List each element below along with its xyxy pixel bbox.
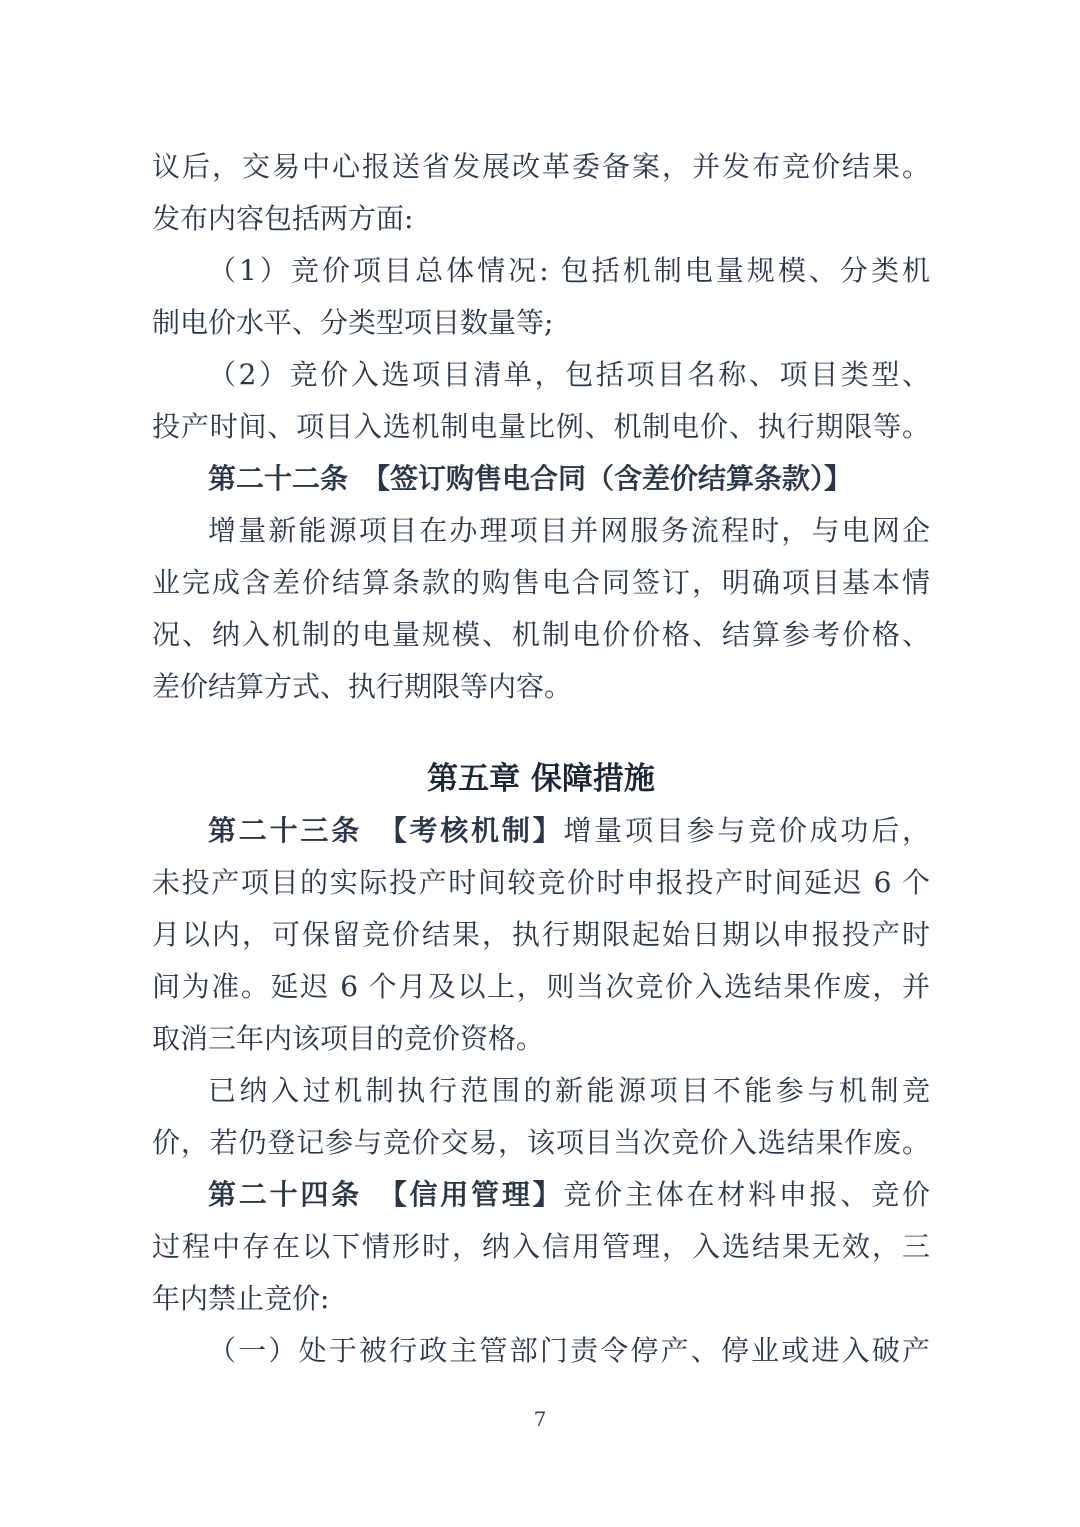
page-number: 7 — [0, 1404, 1080, 1434]
article-24-line: 第二十四条 【信用管理】竞价主体在材料申报、竞价 — [152, 1169, 930, 1221]
paragraph-line: 已纳入过机制执行范围的新能源项目不能参与机制竞 — [152, 1065, 930, 1117]
paragraph-line: 况、纳入机制的电量规模、机制电价价格、结算参考价格、 — [152, 609, 930, 661]
article-22-heading: 第二十二条 【签订购售电合同（含差价结算条款）】 — [152, 453, 930, 505]
list-item-2-line: 投产时间、项目入选机制电量比例、机制电价、执行期限等。 — [152, 401, 930, 453]
paragraph-line: 差价结算方式、执行期限等内容。 — [152, 661, 930, 713]
paragraph-line: 价，若仍登记参与竞价交易，该项目当次竞价入选结果作废。 — [152, 1117, 930, 1169]
list-item-line: （一）处于被行政主管部门责令停产、停业或进入破产 — [152, 1325, 930, 1377]
paragraph-line: 过程中存在以下情形时，纳入信用管理，入选结果无效，三 — [152, 1221, 930, 1273]
document-body: 议后，交易中心报送省发展改革委备案，并发布竞价结果。 发布内容包括两方面: （1… — [152, 141, 930, 1377]
paragraph-line: 议后，交易中心报送省发展改革委备案，并发布竞价结果。 — [152, 141, 930, 193]
list-item-1-line: （1）竞价项目总体情况: 包括机制电量规模、分类机 — [152, 245, 930, 297]
paragraph-line: 发布内容包括两方面: — [152, 193, 930, 245]
article-23-line: 第二十三条 【考核机制】增量项目参与竞价成功后， — [152, 805, 930, 857]
article-23-number: 第二十三条 【考核机制】 — [208, 814, 563, 847]
paragraph-line: 未投产项目的实际投产时间较竞价时申报投产时间延迟 6 个 — [152, 857, 930, 909]
paragraph-line: 取消三年内该项目的竞价资格。 — [152, 1013, 930, 1065]
document-page: 议后，交易中心报送省发展改革委备案，并发布竞价结果。 发布内容包括两方面: （1… — [0, 0, 1080, 1527]
paragraph-line: 年内禁止竞价: — [152, 1273, 930, 1325]
paragraph-line: 月以内，可保留竞价结果，执行期限起始日期以申报投产时 — [152, 909, 930, 961]
article-24-text: 竞价主体在材料申报、竞价 — [563, 1178, 930, 1211]
paragraph-line: 业完成含差价结算条款的购售电合同签订，明确项目基本情 — [152, 557, 930, 609]
article-23-text: 增量项目参与竞价成功后， — [563, 814, 930, 847]
chapter-heading: 第五章 保障措施 — [152, 753, 930, 805]
article-24-number: 第二十四条 【信用管理】 — [208, 1178, 563, 1211]
list-item-1-line: 制电价水平、分类型项目数量等; — [152, 297, 930, 349]
list-item-2-line: （2）竞价入选项目清单，包括项目名称、项目类型、 — [152, 349, 930, 401]
paragraph-line: 间为准。延迟 6 个月及以上，则当次竞价入选结果作废，并 — [152, 961, 930, 1013]
paragraph-line: 增量新能源项目在办理项目并网服务流程时，与电网企 — [152, 505, 930, 557]
blank-line — [152, 713, 930, 753]
